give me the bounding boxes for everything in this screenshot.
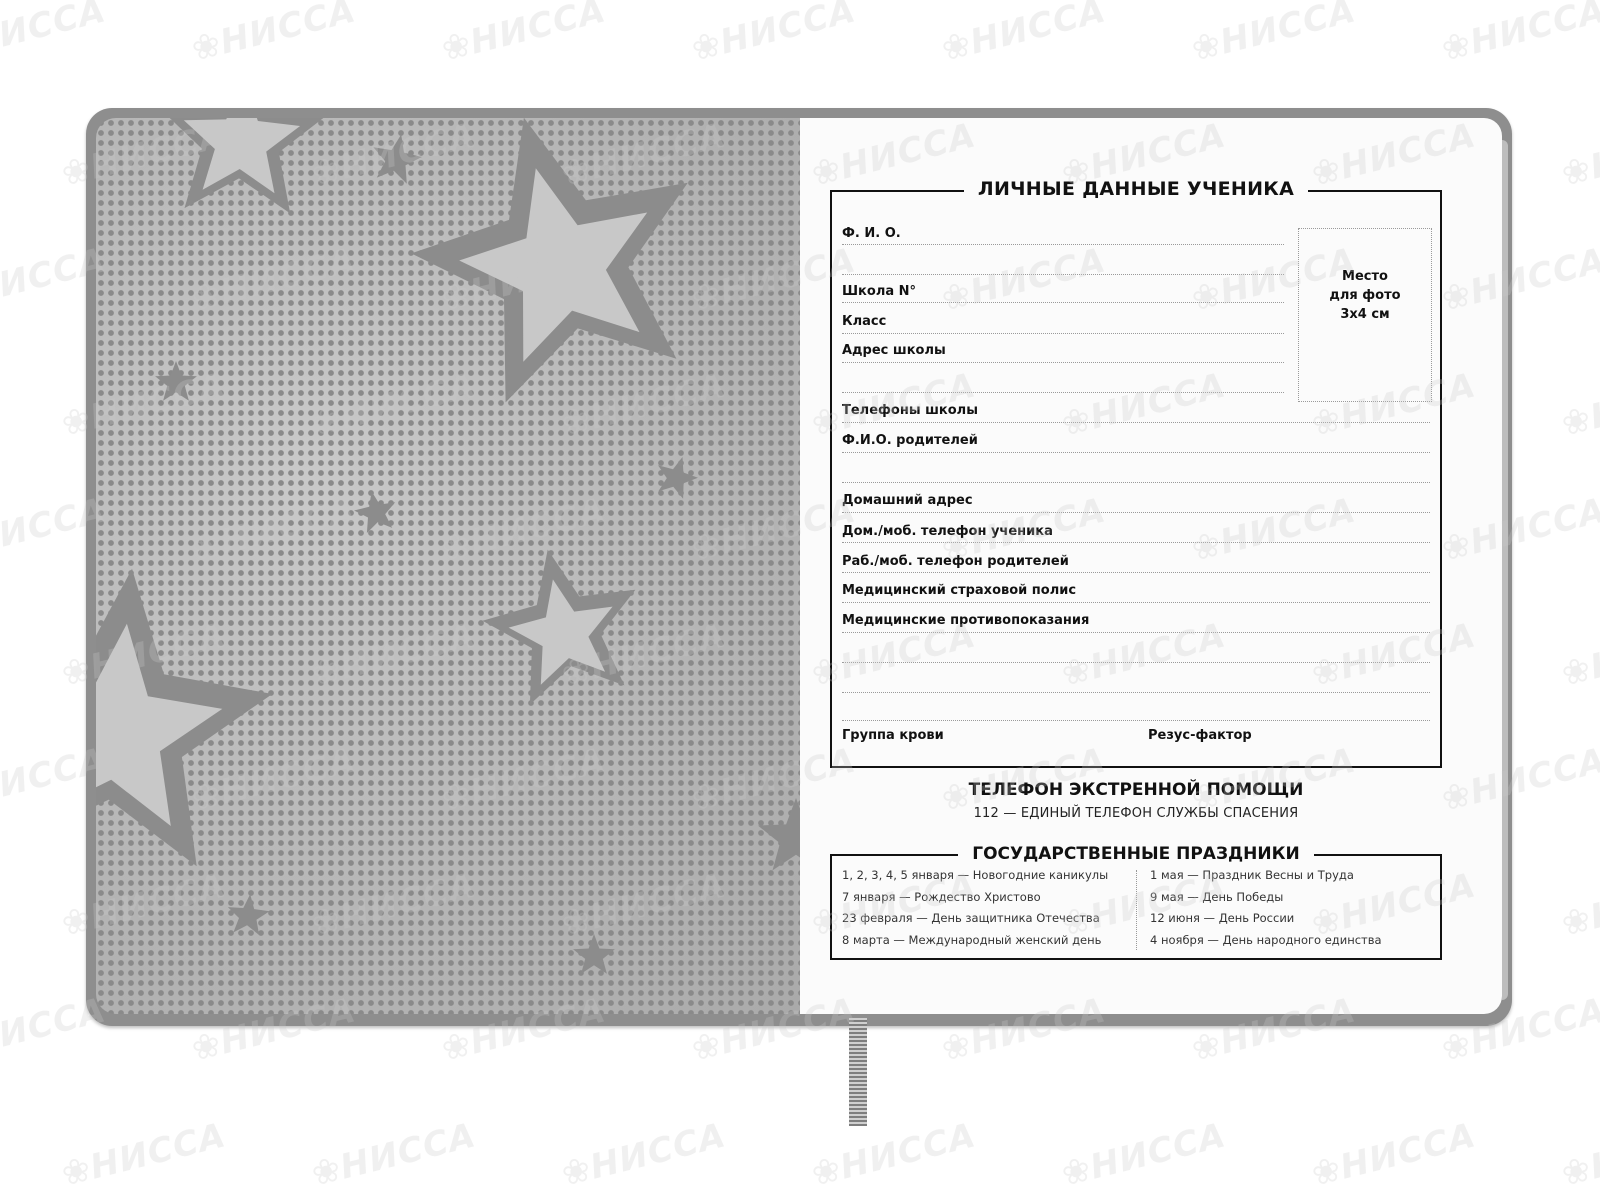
field-insurance-policy: Медицинский страховой полис bbox=[842, 583, 1076, 598]
emergency-subtitle: 112 — ЕДИНЫЙ ТЕЛЕФОН СЛУЖБЫ СПАСЕНИЯ bbox=[830, 806, 1442, 821]
watermark-text: ❀НИССА bbox=[308, 1115, 480, 1194]
watermark-text: ❀НИССА bbox=[1058, 1115, 1230, 1194]
watermark-text: ❀НИССА bbox=[58, 1115, 230, 1194]
field-parents-name-line[interactable] bbox=[842, 452, 1430, 453]
page-edge bbox=[1502, 140, 1508, 1000]
holiday-item: 7 января — Рождество Христово bbox=[842, 890, 1108, 912]
photo-label-line-1: Место bbox=[1329, 267, 1400, 286]
holidays-title: ГОСУДАРСТВЕННЫЕ ПРАЗДНИКИ bbox=[958, 844, 1314, 864]
field-contraindications-line[interactable] bbox=[842, 632, 1430, 633]
field-school-address-line-2[interactable] bbox=[842, 392, 1284, 393]
holiday-item: 4 ноября — День народного единства bbox=[1150, 933, 1382, 955]
field-blood-group: Группа крови bbox=[842, 728, 944, 743]
watermark-text: ❀НИССА bbox=[1558, 1115, 1600, 1194]
photo-placeholder: Место для фото 3x4 см bbox=[1298, 228, 1432, 402]
field-school-phones: Телефоны школы bbox=[842, 403, 978, 418]
field-insurance-policy-line[interactable] bbox=[842, 602, 1430, 603]
field-school-address-line[interactable] bbox=[842, 362, 1284, 363]
field-contraindications: Медицинские противопоказания bbox=[842, 613, 1089, 628]
holiday-item: 1, 2, 3, 4, 5 января — Новогодние канику… bbox=[842, 868, 1108, 890]
field-home-address-line[interactable] bbox=[842, 512, 1430, 513]
watermark-text: ❀НИССА bbox=[1558, 115, 1600, 194]
patterned-endpaper bbox=[96, 118, 800, 1014]
watermark-text: ❀НИССА bbox=[938, 0, 1110, 70]
personal-data-title: ЛИЧНЫЕ ДАННЫЕ УЧЕНИКА bbox=[964, 178, 1308, 200]
field-rh-factor: Резус-фактор bbox=[1148, 728, 1252, 743]
watermark-text: ❀НИССА bbox=[1558, 615, 1600, 694]
field-parents-phone-line[interactable] bbox=[842, 572, 1430, 573]
field-school-phones-line[interactable] bbox=[842, 422, 1430, 423]
holidays-frame: ГОСУДАРСТВЕННЫЕ ПРАЗДНИКИ 1, 2, 3, 4, 5 … bbox=[830, 854, 1442, 960]
field-class: Класс bbox=[842, 314, 886, 329]
watermark-text: ❀НИССА bbox=[808, 1115, 980, 1194]
field-class-line[interactable] bbox=[842, 333, 1284, 334]
personal-data-frame: ЛИЧНЫЕ ДАННЫЕ УЧЕНИКА Место для фото 3x4… bbox=[830, 190, 1442, 768]
field-student-phone: Дом./моб. телефон ученика bbox=[842, 524, 1053, 539]
field-parents-name: Ф.И.О. родителей bbox=[842, 433, 978, 448]
holidays-divider bbox=[1136, 870, 1137, 950]
watermark-text: ❀НИССА bbox=[1188, 0, 1360, 70]
holidays-left-column: 1, 2, 3, 4, 5 января — Новогодние канику… bbox=[842, 868, 1108, 954]
field-full-name-line-2[interactable] bbox=[842, 274, 1284, 275]
field-student-phone-line[interactable] bbox=[842, 542, 1430, 543]
holidays-right-column: 1 мая — Праздник Весны и Труда 9 мая — Д… bbox=[1150, 868, 1382, 954]
ribbon-bookmark[interactable] bbox=[849, 1018, 867, 1126]
photo-label-line-3: 3x4 см bbox=[1329, 305, 1400, 324]
watermark-text: ❀НИССА bbox=[0, 0, 110, 70]
field-school-number-line[interactable] bbox=[842, 302, 1284, 303]
photo-label-line-2: для фото bbox=[1329, 286, 1400, 305]
watermark-text: ❀НИССА bbox=[1558, 865, 1600, 944]
field-contraindications-line-3[interactable] bbox=[842, 692, 1430, 693]
holiday-item: 8 марта — Международный женский день bbox=[842, 933, 1108, 955]
field-full-name: Ф. И. О. bbox=[842, 226, 901, 241]
field-contraindications-line-4[interactable] bbox=[842, 720, 1430, 721]
stars-pattern bbox=[96, 118, 800, 1014]
holiday-item: 23 февраля — День защитника Отечества bbox=[842, 911, 1108, 933]
emergency-title: ТЕЛЕФОН ЭКСТРЕННОЙ ПОМОЩИ bbox=[830, 780, 1442, 800]
holiday-item: 12 июня — День России bbox=[1150, 911, 1382, 933]
holiday-item: 1 мая — Праздник Весны и Труда bbox=[1150, 868, 1382, 890]
watermark-text: ❀НИССА bbox=[188, 0, 360, 70]
field-parents-phone: Раб./моб. телефон родителей bbox=[842, 554, 1069, 569]
holiday-item: 9 мая — День Победы bbox=[1150, 890, 1382, 912]
watermark-text: ❀НИССА bbox=[1308, 1115, 1480, 1194]
watermark-text: ❀НИССА bbox=[688, 0, 860, 70]
watermark-text: ❀НИССА bbox=[558, 1115, 730, 1194]
field-home-address: Домашний адрес bbox=[842, 493, 973, 508]
watermark-text: ❀НИССА bbox=[438, 0, 610, 70]
watermark-text: ❀НИССА bbox=[1558, 365, 1600, 444]
field-full-name-line[interactable] bbox=[842, 244, 1284, 245]
watermark-text: ❀НИССА bbox=[1438, 0, 1600, 70]
field-contraindications-line-2[interactable] bbox=[842, 662, 1430, 663]
field-parents-name-line-2[interactable] bbox=[842, 482, 1430, 483]
field-school-number: Школа N° bbox=[842, 284, 916, 299]
field-school-address: Адрес школы bbox=[842, 343, 946, 358]
